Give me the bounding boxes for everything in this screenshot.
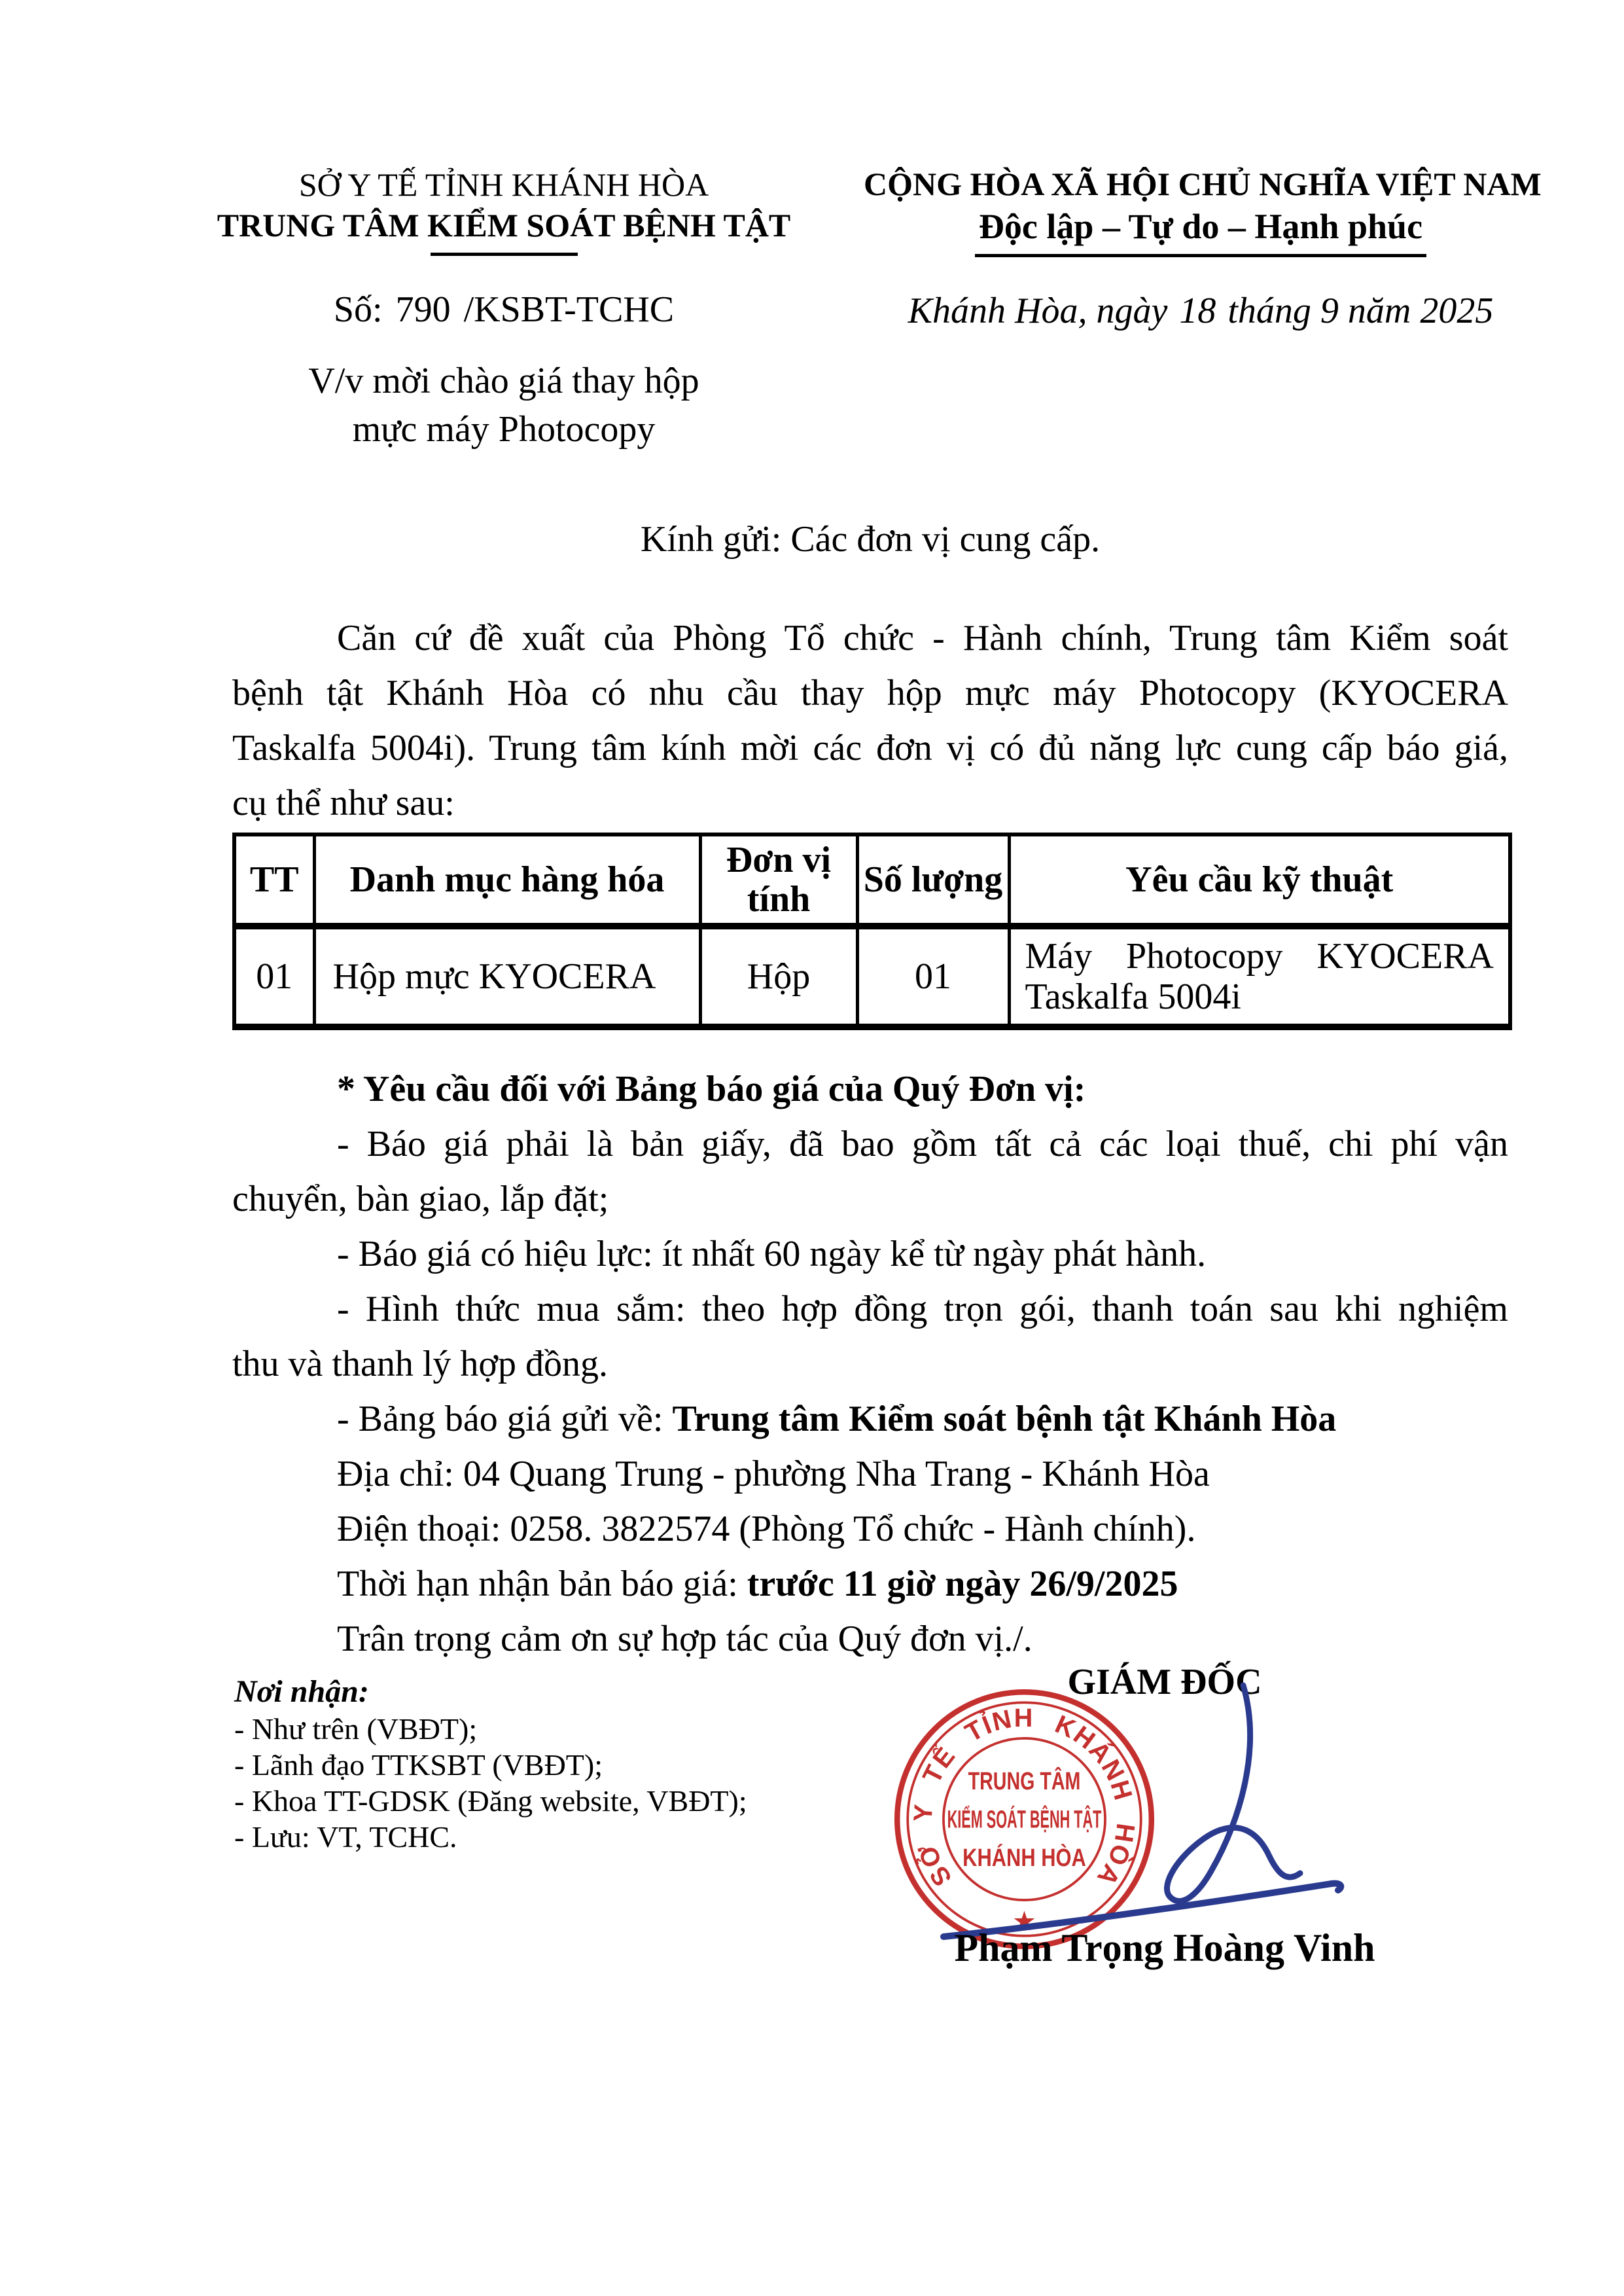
requirement-line: - Báo giá có hiệu lực: ít nhất 60 ngày k…	[232, 1227, 1508, 1282]
closing-line: Trân trọng cảm ơn sự hợp tác của Quý đơn…	[232, 1611, 1508, 1666]
recipient-item: - Lãnh đạo TTKSBT (VBĐT);	[234, 1747, 823, 1783]
col-header-unit: Đơn vị tính	[700, 834, 857, 926]
cell-item: Hộp mực KYOCERA	[314, 926, 700, 1027]
cell-qty: 01	[857, 926, 1009, 1027]
recipients-heading: Nơi nhận:	[234, 1673, 823, 1711]
cell-spec: Máy Photocopy KYOCERA Taskalfa 5004i	[1009, 926, 1510, 1027]
recipient-item: - Lưu: VT, TCHC.	[234, 1819, 823, 1855]
send-to-org: Trung tâm Kiểm soát bệnh tật Khánh Hòa	[672, 1399, 1336, 1439]
address-line: Địa chỉ: 04 Quang Trung - phường Nha Tra…	[232, 1446, 1508, 1501]
cell-unit: Hộp	[700, 926, 857, 1027]
requirements-section: * Yêu cầu đối với Bảng báo giá của Quý Đ…	[232, 1062, 1508, 1666]
recipient-item: - Khoa TT-GDSK (Đăng website, VBĐT);	[234, 1783, 823, 1819]
signer-name: Phạm Trọng Hoàng Vinh	[909, 1926, 1420, 1971]
recipients-section: Nơi nhận: - Như trên (VBĐT); - Lãnh đạo …	[234, 1673, 823, 1855]
recipient-item: - Như trên (VBĐT);	[234, 1711, 823, 1747]
paragraph-line: cụ thể như sau:	[232, 776, 1508, 831]
requirement-line: thu và thanh lý hợp đồng.	[232, 1336, 1508, 1391]
deadline-value: trước 11 giờ ngày 26/9/2025	[747, 1564, 1178, 1604]
motto-wrap: Độc lập – Tự do – Hạnh phúc	[864, 204, 1538, 257]
table-header-row: TT Danh mục hàng hóa Đơn vị tính Số lượn…	[234, 834, 1510, 926]
national-motto: Độc lập – Tự do – Hạnh phúc	[975, 206, 1426, 257]
salutation: Kính gửi: Các đơn vị cung cấp.	[232, 518, 1508, 560]
send-to-prefix: - Bảng báo giá gửi về:	[337, 1399, 672, 1439]
document-number-label: Số:	[334, 289, 383, 330]
col-header-item: Danh mục hàng hóa	[314, 834, 700, 926]
requirements-heading: * Yêu cầu đối với Bảng báo giá của Quý Đ…	[232, 1062, 1508, 1117]
document-number-line: Số:790/KSBT-TCHC	[216, 289, 792, 331]
paragraph-line: Căn cứ đề xuất của Phòng Tổ chức - Hành …	[232, 611, 1508, 666]
requirement-line: chuyển, bàn giao, lắp đặt;	[232, 1172, 1508, 1227]
deadline-line: Thời hạn nhận bản báo giá: trước 11 giờ …	[232, 1556, 1508, 1611]
paragraph-line: Taskalfa 5004i). Trung tâm kính mời các …	[232, 721, 1508, 776]
opening-paragraph: Căn cứ đề xuất của Phòng Tổ chức - Hành …	[232, 611, 1508, 831]
national-title: CỘNG HÒA XÃ HỘI CHỦ NGHĨA VIỆT NAM	[864, 164, 1538, 204]
place-date-line: Khánh Hòa, ngày18tháng 9 năm 2025	[864, 290, 1538, 332]
issuer-header: SỞ Y TẾ TỈNH KHÁNH HÒA TRUNG TÂM KIỂM SO…	[216, 165, 792, 454]
national-header: CỘNG HÒA XÃ HỘI CHỦ NGHĨA VIỆT NAM Độc l…	[864, 164, 1538, 332]
table-row: 01 Hộp mực KYOCERA Hộp 01 Máy Photocopy …	[234, 926, 1510, 1027]
cell-tt: 01	[234, 926, 314, 1027]
parent-org-name: SỞ Y TẾ TỈNH KHÁNH HÒA	[216, 165, 792, 204]
requirement-line: - Báo giá phải là bản giấy, đã bao gồm t…	[232, 1117, 1508, 1172]
paragraph-line: bệnh tật Khánh Hòa có nhu cầu thay hộp m…	[232, 666, 1508, 721]
org-name: TRUNG TÂM KIỂM SOÁT BỆNH TẬT	[216, 204, 792, 246]
date-suffix: tháng 9 năm 2025	[1227, 291, 1493, 331]
org-underline	[431, 253, 578, 256]
date-day: 18	[1179, 291, 1216, 331]
deadline-prefix: Thời hạn nhận bản báo giá:	[337, 1564, 747, 1604]
col-header-qty: Số lượng	[857, 834, 1009, 926]
col-header-tt: TT	[234, 834, 314, 926]
col-header-spec: Yêu cầu kỹ thuật	[1009, 834, 1510, 926]
phone-line: Điện thoại: 0258. 3822574 (Phòng Tổ chức…	[232, 1501, 1508, 1556]
document-subject: V/v mời chào giá thay hộp mực máy Photoc…	[216, 357, 792, 454]
quote-send-to-line: - Bảng báo giá gửi về: Trung tâm Kiểm so…	[232, 1391, 1508, 1446]
requirement-line: - Hình thức mua sắm: theo hợp đồng trọn …	[232, 1282, 1508, 1336]
subject-line-1: V/v mời chào giá thay hộp	[216, 357, 792, 405]
official-letter-page: SỞ Y TẾ TỈNH KHÁNH HÒA TRUNG TÂM KIỂM SO…	[0, 0, 1624, 2296]
subject-line-2: mực máy Photocopy	[216, 405, 792, 454]
date-prefix: Khánh Hòa, ngày	[908, 291, 1168, 331]
signature-flourish	[1167, 1685, 1300, 1901]
quote-items-table: TT Danh mục hàng hóa Đơn vị tính Số lượn…	[232, 833, 1512, 1030]
document-number-value: 790	[396, 289, 451, 330]
document-number-suffix: /KSBT-TCHC	[464, 289, 675, 330]
signature	[903, 1666, 1361, 1947]
